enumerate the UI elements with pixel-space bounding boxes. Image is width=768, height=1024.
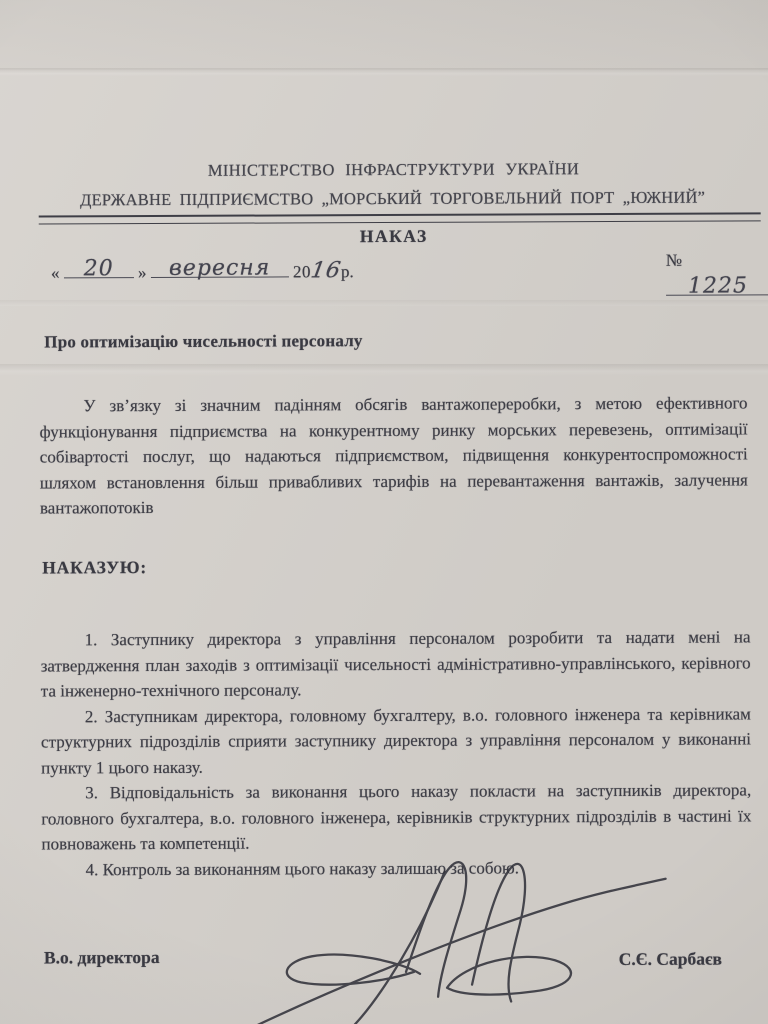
order-item-1: 1. Заступнику директора з управління пер… <box>41 624 751 704</box>
day-blank: 20 <box>64 253 134 278</box>
signature-row: В.о. директора С.Є. Сарбаєв <box>44 944 750 968</box>
doc-type-title: НАКАЗ <box>39 224 749 248</box>
signer-position: В.о. директора <box>44 947 160 968</box>
number-label: № <box>666 251 682 270</box>
order-heading: НАКАЗУЮ: <box>42 557 147 578</box>
subject-line: Про оптимізацію чисельності персоналу <box>44 330 644 353</box>
header-rule <box>39 212 761 224</box>
preamble-paragraph: У зв’язку зі значним падінням обсягів ва… <box>39 390 748 521</box>
order-item-4: 4. Контроль за виконанням цього наказу з… <box>42 854 752 883</box>
signer-name: С.Є. Сарбаєв <box>619 949 722 970</box>
date-line: « 20 » вересня 2016р. № 1225 <box>51 250 751 293</box>
document-photo: МІНІСТЕРСТВО ІНФРАСТРУКТУРИ УКРАЇНИ ДЕРЖ… <box>0 0 768 1024</box>
close-quote: » <box>138 263 147 282</box>
open-quote: « <box>51 263 60 282</box>
order-item-3: 3. Відповідальність за виконання цього н… <box>41 777 751 857</box>
document-page: МІНІСТЕРСТВО ІНФРАСТРУКТУРИ УКРАЇНИ ДЕРЖ… <box>0 0 768 1024</box>
month-blank: вересня <box>151 252 289 278</box>
enterprise-line: ДЕРЖАВНЕ ПІДПРИЄМСТВО „МОРСЬКИЙ ТОРГОВЕЛ… <box>27 187 759 210</box>
number-blank: 1225 <box>666 270 768 295</box>
order-number-group: № 1225 <box>666 250 768 300</box>
ministry-line: МІНІСТЕРСТВО ІНФРАСТРУКТУРИ УКРАЇНИ <box>38 158 748 181</box>
year-printed: 20 <box>293 262 311 281</box>
handwritten-number: 1225 <box>666 273 768 298</box>
handwritten-day: 20 <box>64 256 134 281</box>
order-item-2: 2. Заступникам директора, головному бухг… <box>41 701 751 781</box>
handwritten-month: вересня <box>151 255 289 281</box>
order-items: 1. Заступнику директора з управління пер… <box>41 624 752 882</box>
handwritten-year: 16 <box>309 258 343 283</box>
year-suffix: р. <box>341 262 354 281</box>
